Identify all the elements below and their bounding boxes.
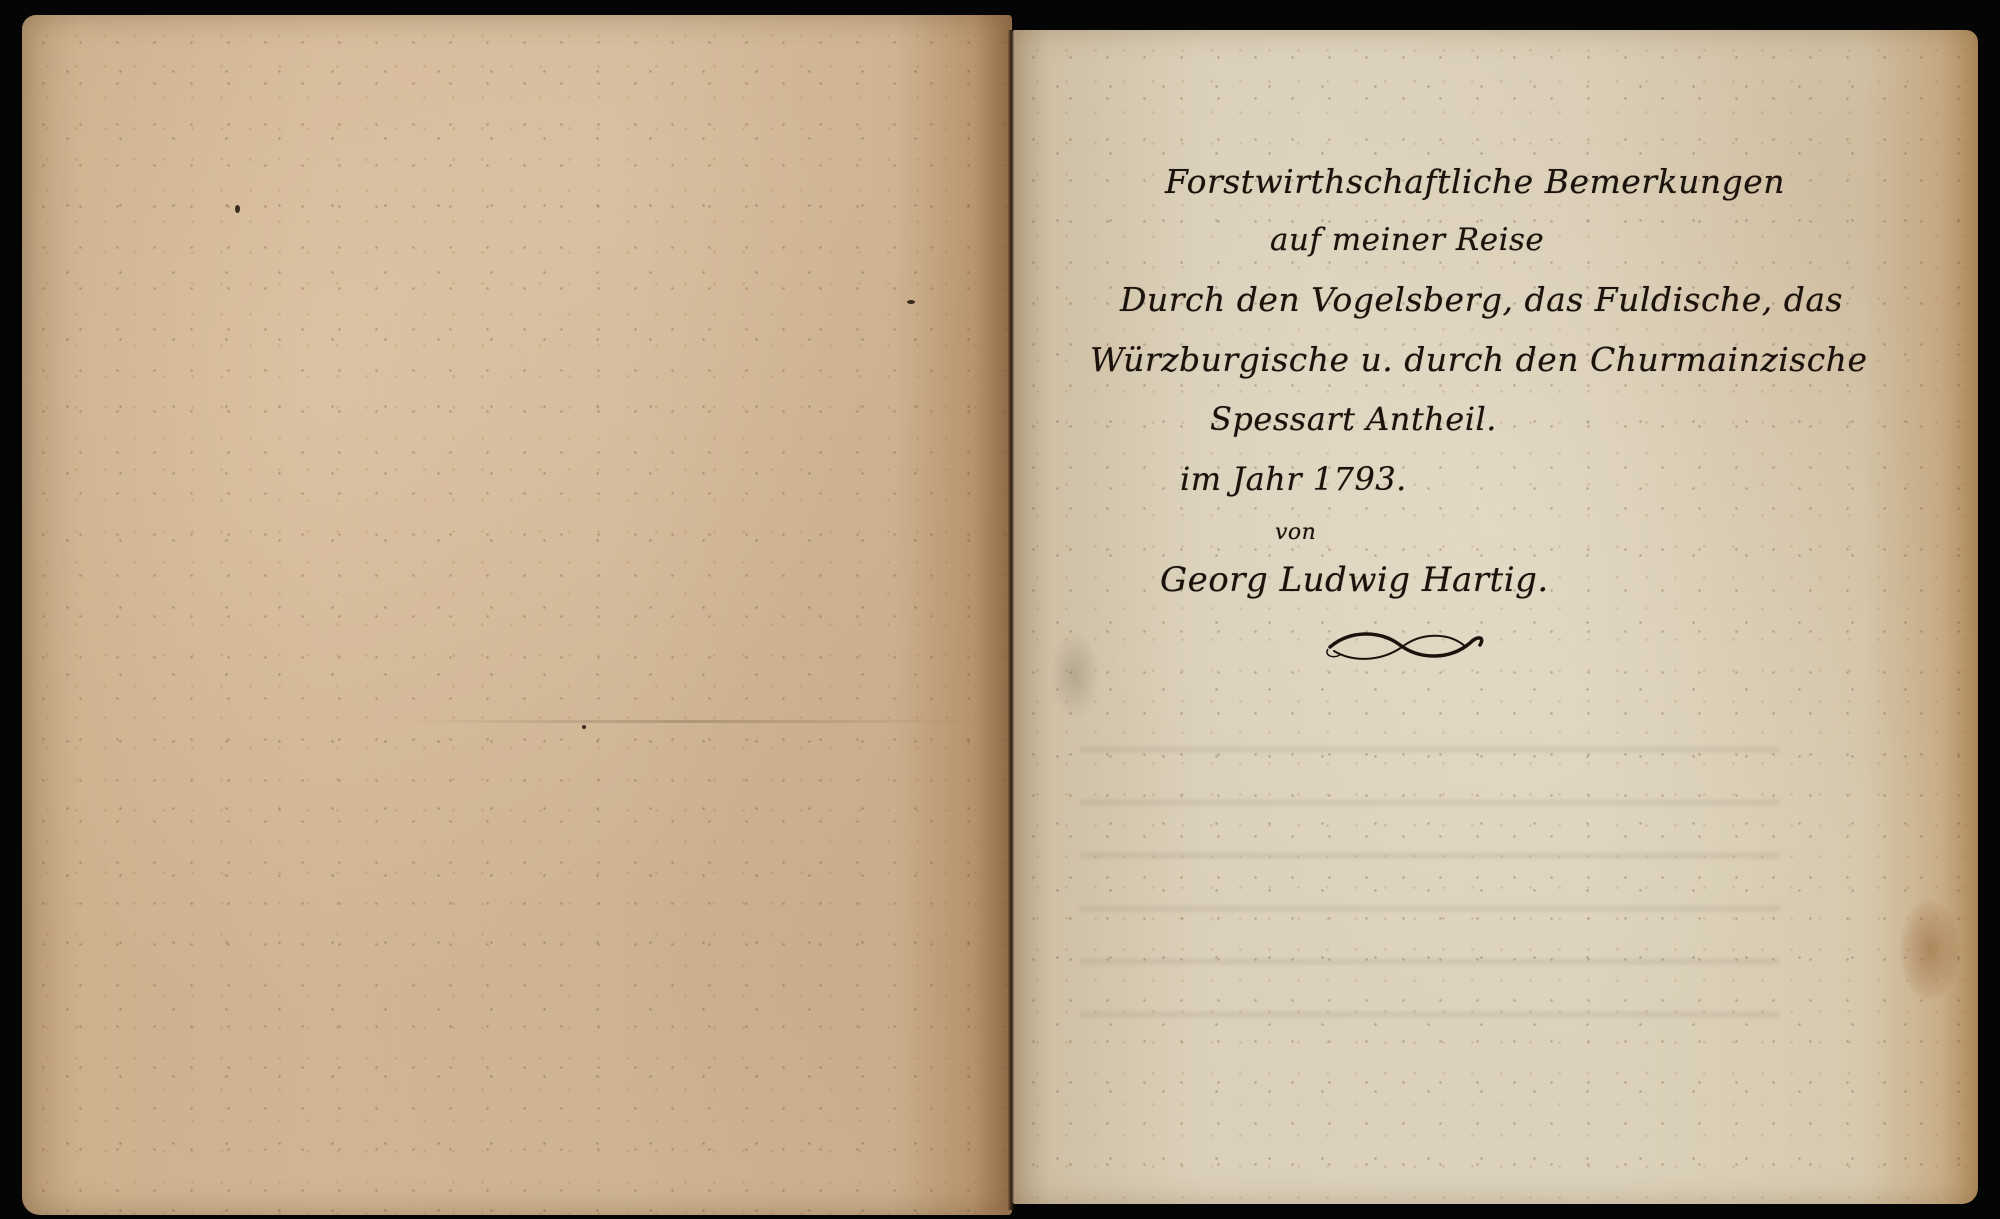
title-line-5: Spessart Antheil. xyxy=(1210,400,1497,438)
ink-spot xyxy=(582,725,586,729)
binding-thread xyxy=(1008,30,1014,1210)
ink-spot xyxy=(907,300,915,304)
paper-crease xyxy=(402,720,982,723)
title-line-4: Würzburgische u. durch den Churmainzisch… xyxy=(1090,340,1867,379)
book-spread: Forstwirthschaftliche Bemerkungen auf me… xyxy=(0,0,2000,1219)
bleed-through-text xyxy=(1080,700,1780,1020)
ink-spot xyxy=(235,205,240,213)
byline-prefix: von xyxy=(1275,520,1316,545)
paper-texture xyxy=(22,15,1012,1215)
title-line-1: Forstwirthschaftliche Bemerkungen xyxy=(1165,162,1785,201)
paper-stain xyxy=(1050,630,1100,720)
gutter-shadow xyxy=(975,15,1011,1210)
title-line-3: Durch den Vogelsberg, das Fuldische, das xyxy=(1120,280,1843,319)
paper-texture xyxy=(1012,30,1978,1204)
foxing-stain xyxy=(1900,900,1960,1000)
right-page-title xyxy=(1012,30,1978,1204)
title-line-2: auf meiner Reise xyxy=(1270,222,1544,258)
left-page-blank xyxy=(22,15,1012,1215)
author-name: Georg Ludwig Hartig. xyxy=(1160,560,1549,600)
title-line-6-date: im Jahr 1793. xyxy=(1180,460,1407,498)
flourish-ornament-icon xyxy=(1320,625,1490,665)
